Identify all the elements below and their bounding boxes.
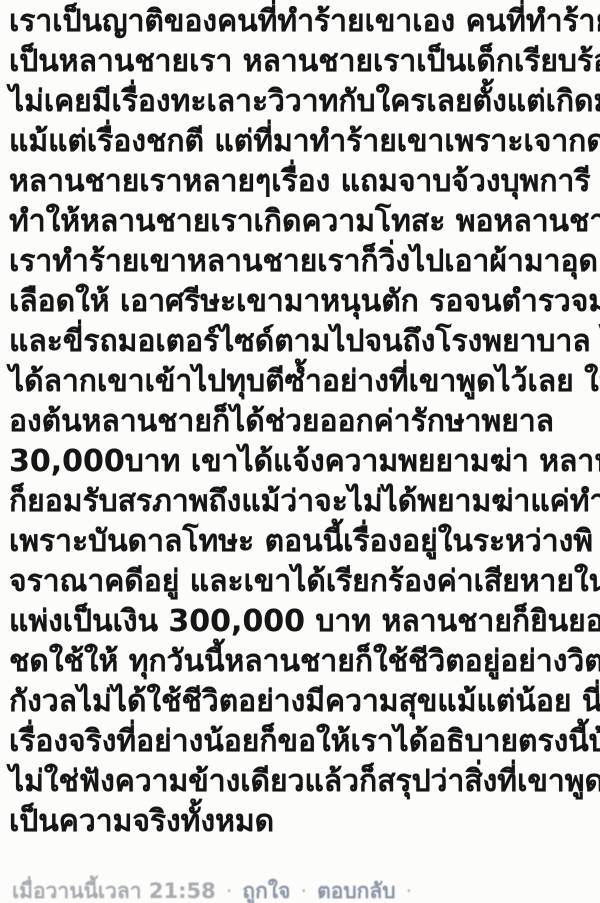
post-line: เลือดให้ เอาศรีษะเขามาหนุนตัก รอจนตำรวจม… — [9, 282, 596, 322]
post-line: เราเป็นญาติของคนที่ทำร้ายเขาเอง คนที่ทำร… — [9, 2, 596, 42]
comment-text-block: เราเป็นญาติของคนที่ทำร้ายเขาเอง คนที่ทำร… — [9, 2, 596, 842]
like-link[interactable]: ถูกใจ — [242, 879, 290, 903]
post-line: เพราะบันดาลโทษะ ตอนนี้เรื่องอยู่ในระหว่า… — [9, 522, 596, 562]
post-line: ชดใช้ให้ ทุกวันนี้หลานชายก็ใช้ชีวิตอยู่อ… — [9, 642, 596, 682]
separator-dot: · — [300, 879, 307, 903]
post-line: จราณาคดีอยู่ และเขาได้เรียกร้องค่าเสียหา… — [9, 562, 596, 602]
post-line: แพ่งเป็นเงิน 300,000 บาท หลานชายก็ยินยอม — [9, 602, 596, 642]
separator-dot: · — [406, 879, 413, 903]
post-line: เรื่องจริงที่อย่างน้อยก็ขอให้เราได้อธิบา… — [9, 722, 596, 762]
post-line: เป็นหลานชายเรา หลานชายเราเป็นเด็กเรียบร้… — [9, 42, 596, 82]
post-line: แม้แต่เรื่องชกตี แต่ที่มาทำร้ายเขาเพราะเ… — [9, 122, 596, 162]
reply-link[interactable]: ตอบกลับ — [317, 879, 396, 903]
post-line: องต้นหลานชายก็ได้ช่วยออกค่ารักษาพยาล — [9, 402, 596, 442]
post-line: 30,000บาท เขาได้แจ้งความพยยามฆ่า หลานชาย — [9, 442, 596, 482]
post-line: ทำให้หลานชายเราเกิดความโทสะ พอหลานชาย — [9, 202, 596, 242]
post-line: เป็นความจริงทั้งหมด — [9, 802, 596, 842]
post-line: เราทำร้ายเขาหลานชายเราก็วิ่งไปเอาผ้ามาอุ… — [9, 242, 596, 282]
post-line: ไม่เคยมีเรื่องทะเลาะวิวาทกับใครเลยตั้งแต… — [9, 82, 596, 122]
post-line: ได้ลากเขาเข้าไปทุบตีซ้ำอย่างที่เขาพูดไว้… — [9, 362, 596, 402]
post-line: หลานชายเราหลายๆเรื่อง แถมจาบจ้วงบุพการี … — [9, 162, 596, 202]
post-line: และขี่รถมอเตอร์ไซด์ตามไปจนถึงโรงพยาบาล ไ… — [9, 322, 596, 362]
post-line: กังวลไม่ได้ใช้ชีวิตอย่างมีความสุขแม้แต่น… — [9, 682, 596, 722]
comment-timestamp[interactable]: เมื่อวานนี้เวลา 21:58 — [12, 879, 216, 903]
separator-dot: · — [226, 879, 233, 903]
post-line: ไม่ใช่ฟังความข้างเดียวแล้วก็สรุปว่าสิ่งท… — [9, 762, 596, 802]
comment-footer: เมื่อวานนี้เวลา 21:58·ถูกใจ·ตอบกลับ· — [12, 876, 600, 903]
post-line: ก็ยอมรับสรภาพถึงแม้ว่าจะไม่ได้พยามฆ่าแค่… — [9, 482, 596, 522]
